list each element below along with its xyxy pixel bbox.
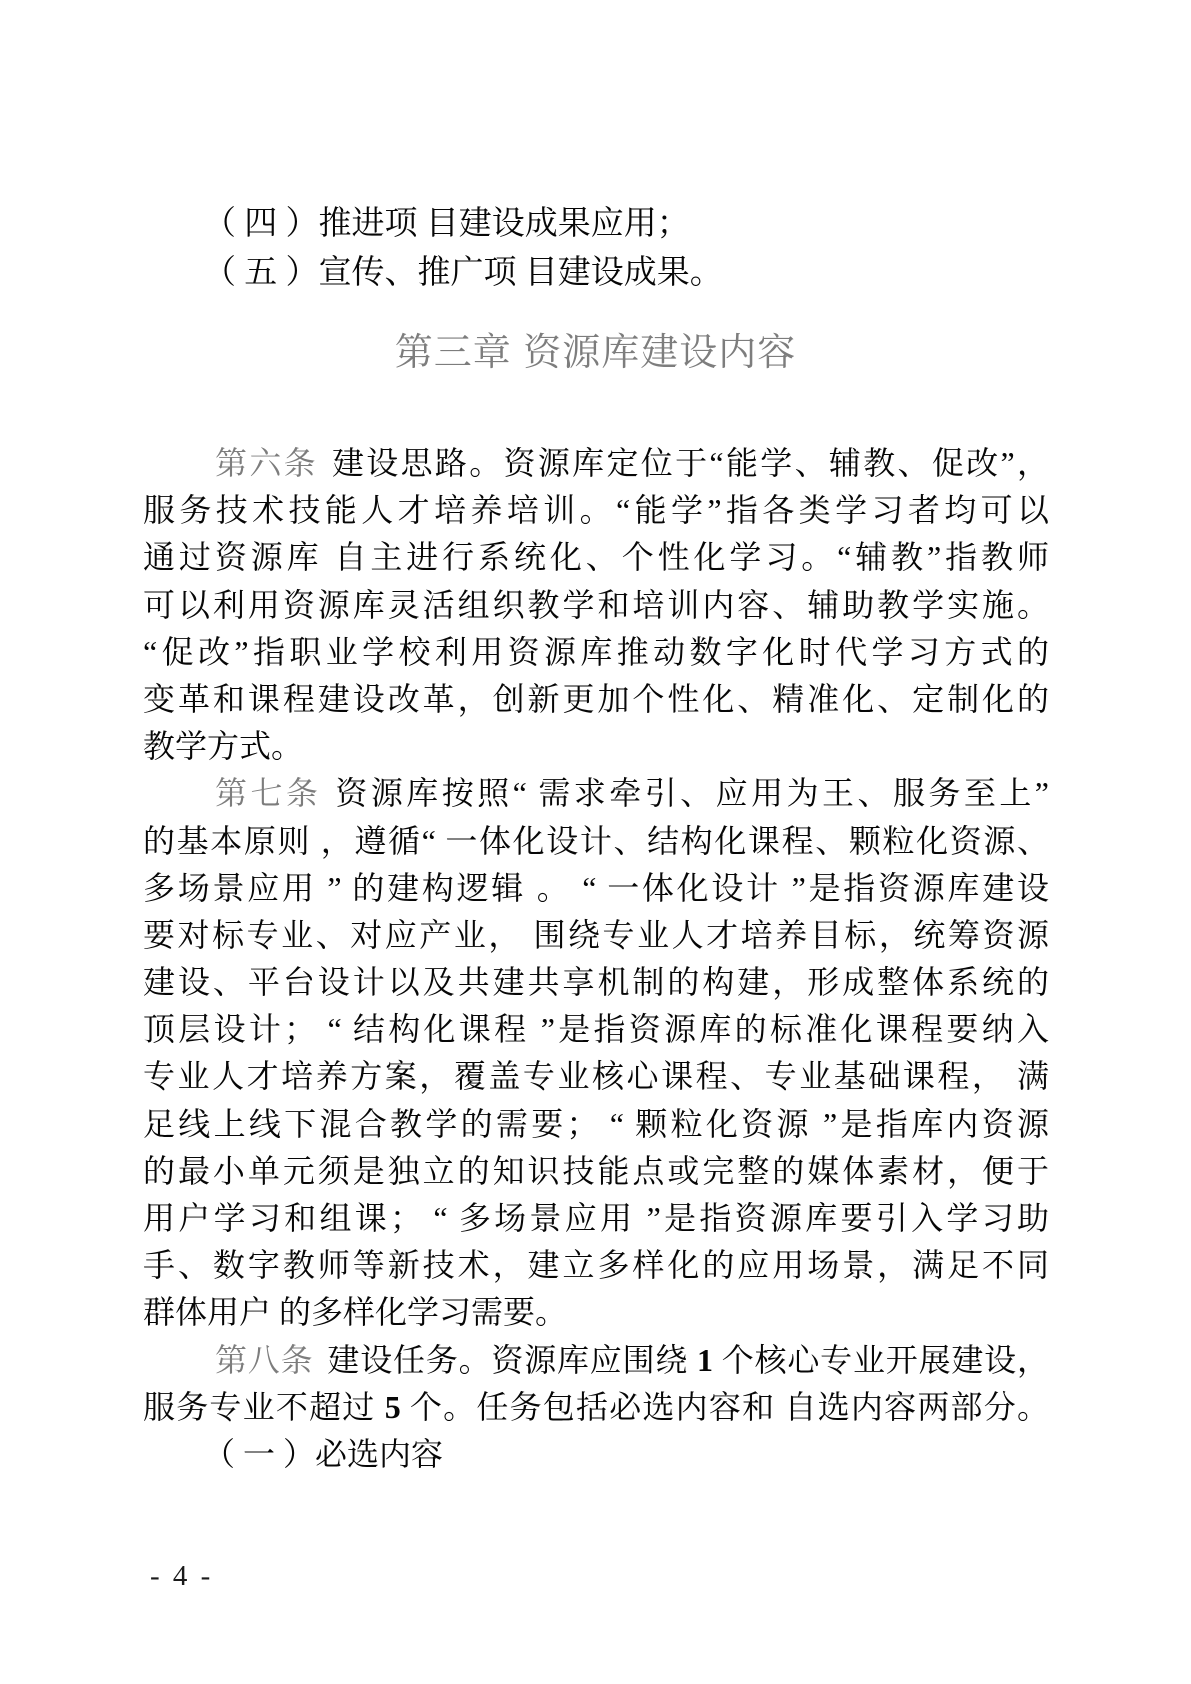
body-line: 教学方式。 [143,723,1049,770]
page-number: - 4 - [150,1560,213,1593]
body-line: 建设、平台设计以及共建共享机制的构建，形成整体系统的 [143,959,1049,1006]
line-text: 通过资源库 自主进行系统化、个性化学习。“辅教”指教师 [143,539,1049,575]
line-text: 群体用户 的多样化学习需要。 [143,1294,567,1330]
body-line: 用户学习和组课； “ 多场景应用 ”是指资源库要引入学习助 [143,1195,1049,1242]
bold-number: 1 [697,1342,713,1378]
document-page: （ 四 ）推进项 目建设成果应用； （ 五 ）宣传、推广项 目建设成果。 第三章… [0,0,1191,1684]
line-text: 顶层设计； “ 结构化课程 ”是指资源库的标准化课程要纳入 [143,1011,1049,1047]
body-line: 顶层设计； “ 结构化课程 ”是指资源库的标准化课程要纳入 [143,1006,1049,1053]
article-label: 第八条 [215,1342,313,1378]
body-line: 的基本原则 ，遵循“ 一体化设计、结构化课程、颗粒化资源、 [143,818,1049,865]
line-text: 服务技术技能人才培养培训。“能学”指各类学习者均可以 [143,492,1049,528]
body-line: 多场景应用 ” 的建构逻辑 。 “ 一体化设计 ”是指资源库建设 [143,865,1049,912]
line-text: 多场景应用 ” 的建构逻辑 。 “ 一体化设计 ”是指资源库建设 [143,870,1049,906]
body-line: 第六条建设思路。资源库定位于“能学、辅教、促改”， [143,440,1049,487]
body-line: 足线上线下混合教学的需要； “ 颗粒化资源 ”是指库内资源 [143,1101,1049,1148]
line-text: 教学方式。 [143,728,303,764]
body-text: 第六条建设思路。资源库定位于“能学、辅教、促改”， 服务技术技能人才培养培训。“… [143,440,1049,1478]
line-text: 建设思路。资源库定位于“能学、辅教、促改”， [332,445,1049,481]
body-line: 服务技术技能人才培养培训。“能学”指各类学习者均可以 [143,487,1049,534]
line-text: 个核心专业开展建设， [713,1342,1049,1378]
list-item: （ 五 ）宣传、推广项 目建设成果。 [143,249,1053,298]
body-line: 通过资源库 自主进行系统化、个性化学习。“辅教”指教师 [143,534,1049,581]
chapter-heading: 第三章 资源库建设内容 [0,328,1191,378]
body-line: 服务专业不超过 5 个。任务包括必选内容和 自选内容两部分。 [143,1384,1049,1431]
body-line: 可以利用资源库灵活组织教学和培训内容、辅助教学实施。 [143,582,1049,629]
body-line: 要对标专业、对应产业， 围绕专业人才培养目标，统筹资源 [143,912,1049,959]
line-text: 手、数字教师等新技术，建立多样化的应用场景，满足不同 [143,1247,1049,1283]
body-line: 的最小单元须是独立的知识技能点或完整的媒体素材，便于 [143,1148,1049,1195]
line-text: 的最小单元须是独立的知识技能点或完整的媒体素材，便于 [143,1153,1049,1189]
line-text: 足线上线下混合教学的需要； “ 颗粒化资源 ”是指库内资源 [143,1106,1049,1142]
line-text: 建设、平台设计以及共建共享机制的构建，形成整体系统的 [143,964,1049,1000]
line-text: 服务专业不超过 [143,1389,385,1425]
line-text: 的基本原则 ，遵循“ 一体化设计、结构化课程、颗粒化资源、 [143,823,1049,859]
line-text: 专业人才培养方案，覆盖专业核心课程、专业基础课程， 满 [143,1058,1049,1094]
body-line: 变革和课程建设改革，创新更加个性化、精准化、定制化的 [143,676,1049,723]
line-text: 用户学习和组课； “ 多场景应用 ”是指资源库要引入学习助 [143,1200,1049,1236]
body-line: 第七条资源库按照“ 需求牵引、应用为王、服务至上” [143,770,1049,817]
body-line: “促改”指职业学校利用资源库推动数字化时代学习方式的 [143,629,1049,676]
body-line: 手、数字教师等新技术，建立多样化的应用场景，满足不同 [143,1242,1049,1289]
intro-list: （ 四 ）推进项 目建设成果应用； （ 五 ）宣传、推广项 目建设成果。 [143,200,1053,298]
line-text: 个。任务包括必选内容和 自选内容两部分。 [401,1389,1049,1425]
line-text: （ 一 ）必选内容 [203,1436,443,1472]
bold-number: 5 [385,1389,401,1425]
line-text: “促改”指职业学校利用资源库推动数字化时代学习方式的 [143,634,1049,670]
line-text: 要对标专业、对应产业， 围绕专业人才培养目标，统筹资源 [143,917,1049,953]
line-text: 建设任务。资源库应围绕 [327,1342,697,1378]
article-label: 第七条 [215,775,321,811]
body-line: 群体用户 的多样化学习需要。 [143,1289,1049,1336]
line-text: 变革和课程建设改革，创新更加个性化、精准化、定制化的 [143,681,1049,717]
line-text: 可以利用资源库灵活组织教学和培训内容、辅助教学实施。 [143,587,1049,623]
line-text: 资源库按照“ 需求牵引、应用为王、服务至上” [335,775,1049,811]
body-line: 专业人才培养方案，覆盖专业核心课程、专业基础课程， 满 [143,1053,1049,1100]
body-line: 第八条建设任务。资源库应围绕 1 个核心专业开展建设， [143,1337,1049,1384]
article-label: 第六条 [215,445,318,481]
body-line: （ 一 ）必选内容 [143,1431,1049,1478]
list-item: （ 四 ）推进项 目建设成果应用； [143,200,1053,249]
